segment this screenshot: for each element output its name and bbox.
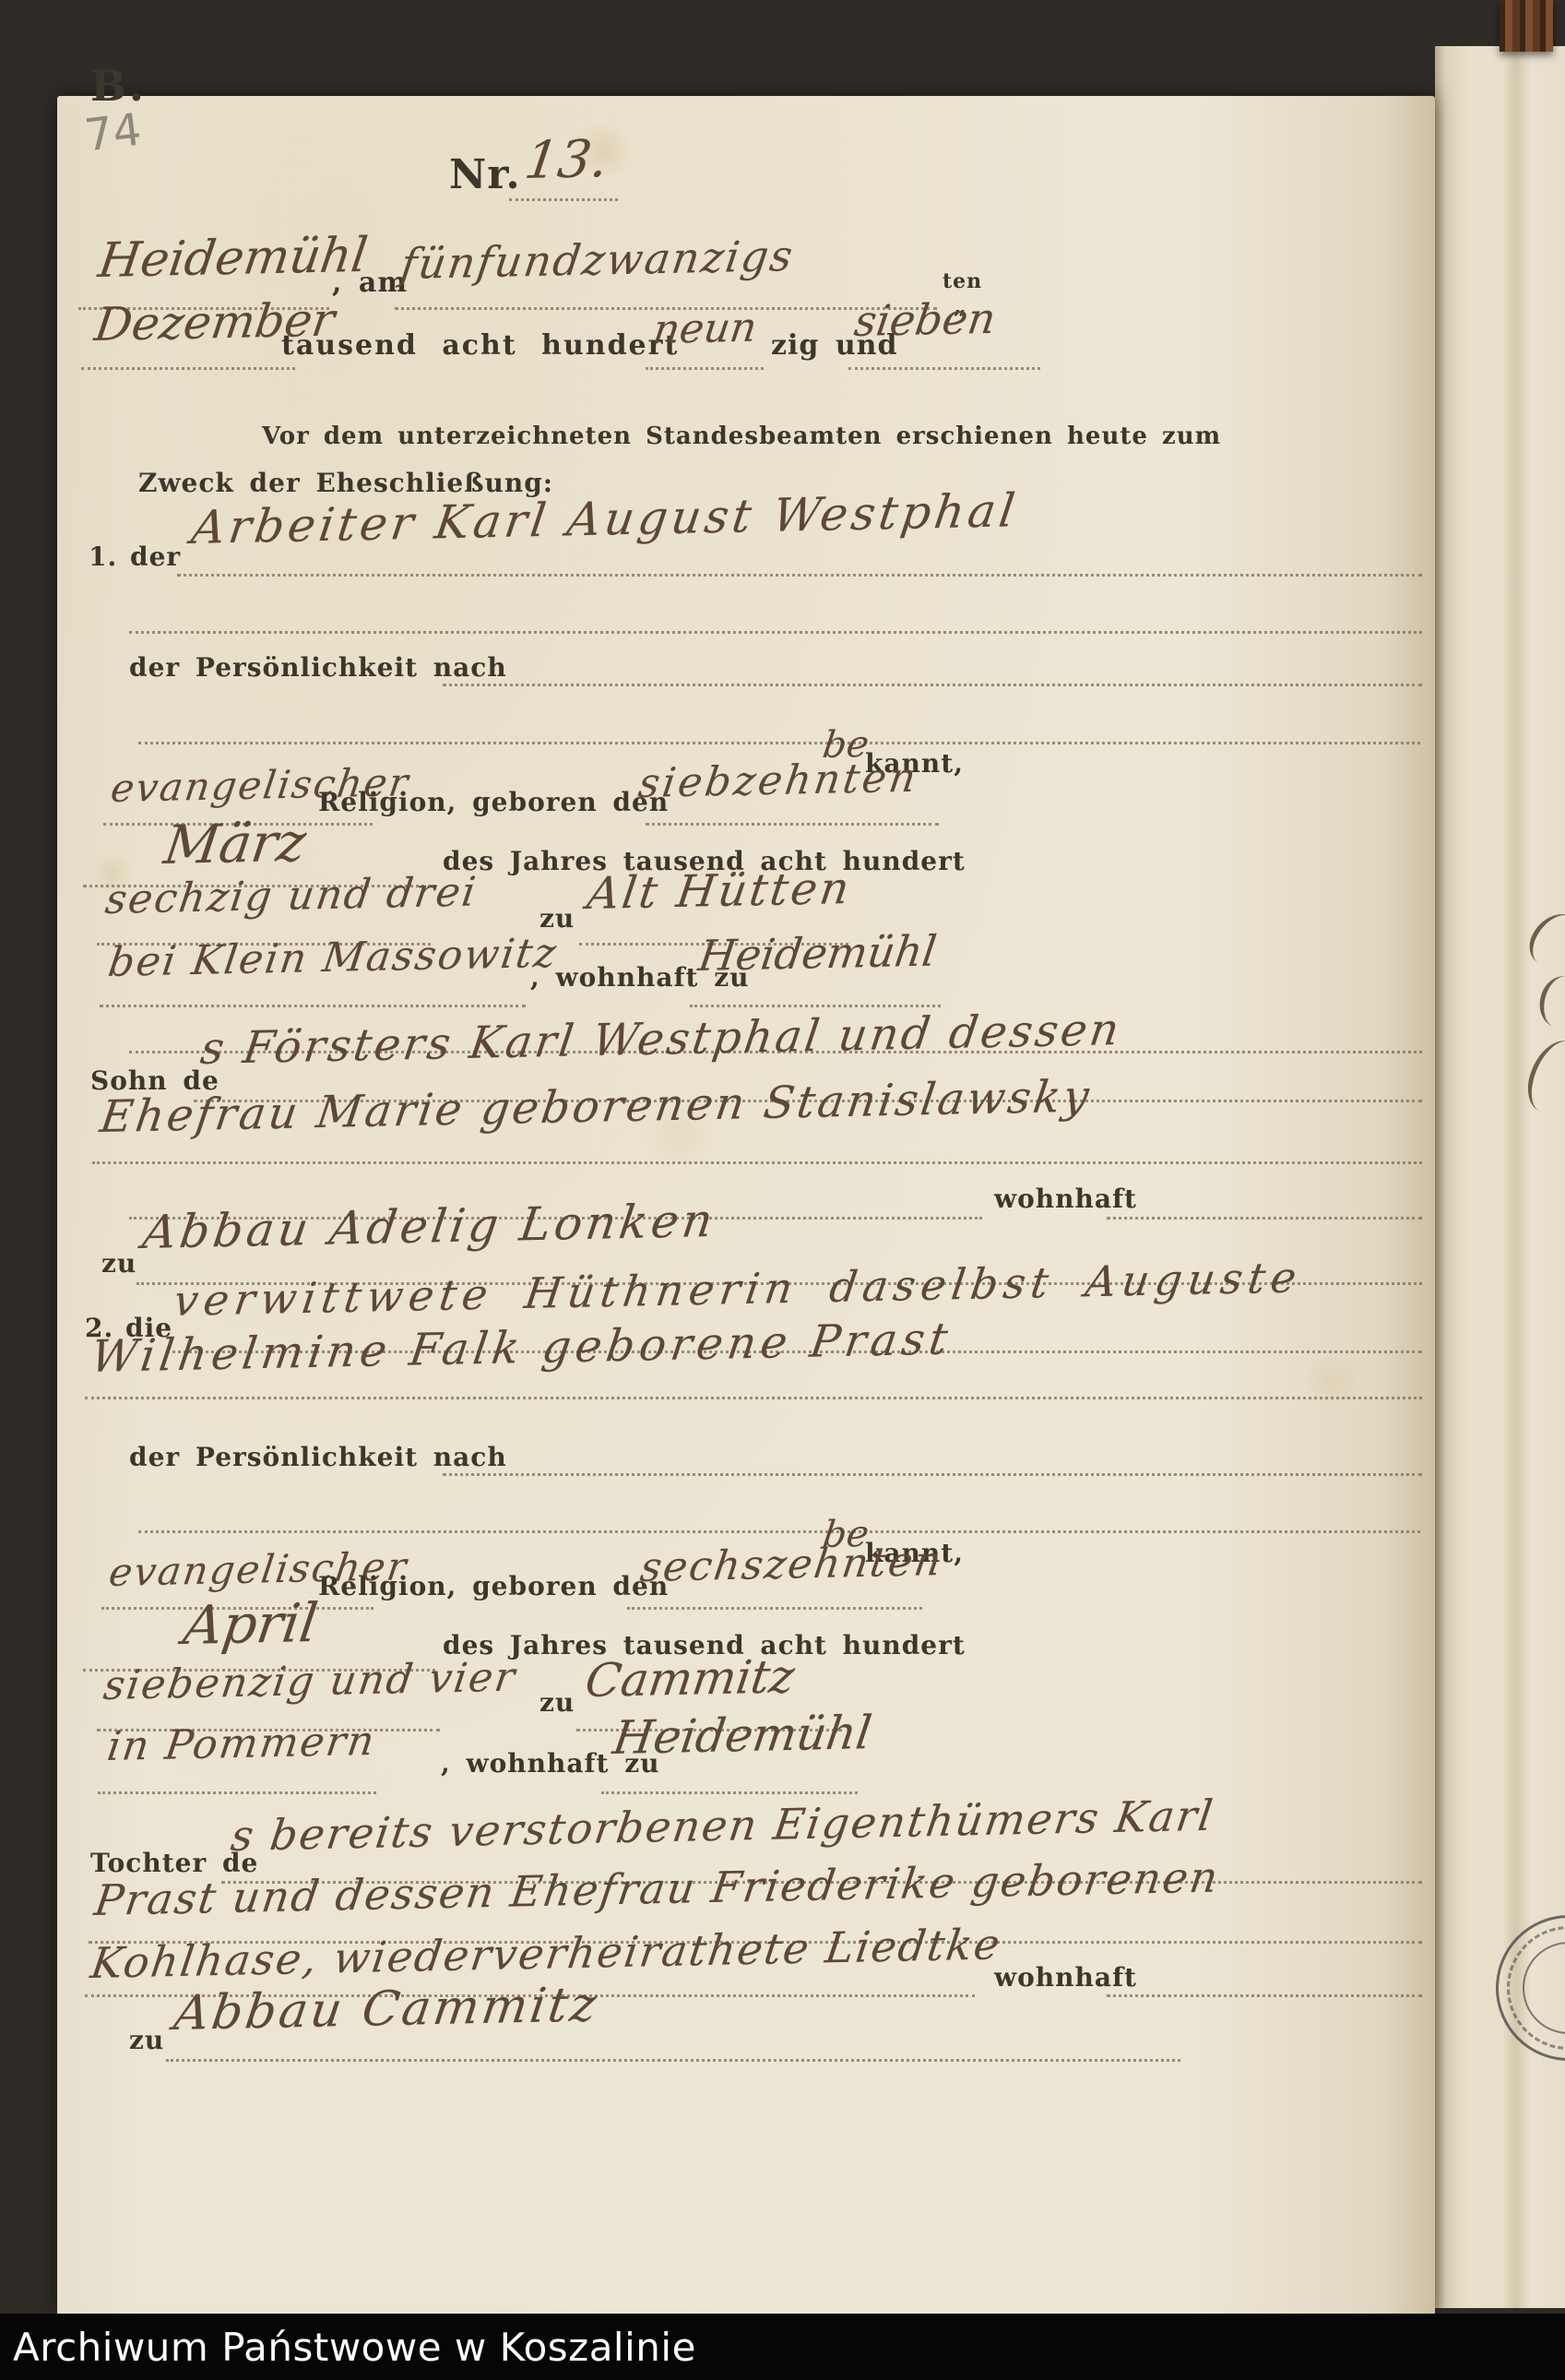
dotted-rule xyxy=(443,682,1422,686)
bride-parents-residence-handwritten: Abbau Cammitz xyxy=(172,1983,601,2035)
dotted-rule xyxy=(690,1003,941,1007)
groom-wohnhaft-printed: wohnhaft xyxy=(994,1186,1137,1212)
year-tens-handwritten: neun xyxy=(651,310,759,349)
scanned-register-page: B. 74 Nr. 13. Heidemühl , am fünfundzwan… xyxy=(0,0,1565,2380)
groom-parents-residence-handwritten: Abbau Adelig Lonken xyxy=(140,1200,718,1254)
groom-religion-printed: Religion, geboren den xyxy=(318,790,669,815)
bride-zu-printed: zu xyxy=(539,1690,575,1716)
dotted-rule xyxy=(138,1529,1420,1533)
groom-article: der xyxy=(130,544,181,570)
bride-residence-handwritten: Heidemühl xyxy=(611,1712,874,1759)
dotted-rule xyxy=(509,196,618,201)
groom-index: 1. xyxy=(89,544,117,570)
groom-birth-day-handwritten: siebzehnten xyxy=(636,760,920,803)
dotted-rule xyxy=(166,2057,1180,2062)
groom-birth-year-handwritten: sechzig und drei xyxy=(103,875,480,919)
dotted-rule xyxy=(177,572,1422,577)
dotted-rule xyxy=(646,821,939,826)
bride-birth-place-handwritten: Cammitz xyxy=(583,1656,797,1702)
dotted-rule xyxy=(85,1395,1422,1399)
dotted-rule xyxy=(1107,1993,1422,1997)
archive-name: Archiwum Państwowe w Koszalinie xyxy=(13,2325,696,2370)
groom-birth-place2-handwritten: bei Klein Massowitz xyxy=(106,935,560,982)
dotted-rule xyxy=(81,365,295,370)
record-number-label: Nr. xyxy=(449,155,521,196)
groom-zu2-printed: zu xyxy=(101,1251,136,1277)
groom-residence-handwritten: Heidemühl xyxy=(696,933,939,976)
bride-religion-printed: Religion, geboren den xyxy=(318,1574,669,1600)
dotted-rule xyxy=(848,365,1040,370)
dotted-rule xyxy=(443,1471,1422,1476)
dotted-rule xyxy=(1107,1215,1422,1220)
printed-year-prefix: tausend acht hundert xyxy=(281,332,679,360)
registration-day-handwritten: fünfundzwanzigs xyxy=(398,237,797,283)
bride-birth-month-handwritten: April xyxy=(181,1599,320,1649)
archive-footer-bar: Archiwum Państwowe w Koszalinie xyxy=(0,2314,1565,2380)
paper-stain xyxy=(1302,1354,1361,1408)
bride-zu2-printed: zu xyxy=(129,2028,164,2053)
dotted-rule xyxy=(92,1160,1422,1164)
dotted-rule xyxy=(98,1790,376,1794)
year-ones-handwritten: sieben xyxy=(852,300,998,341)
groom-zu-printed: zu xyxy=(539,906,575,932)
dotted-rule xyxy=(601,1790,858,1794)
dotted-rule xyxy=(138,740,1420,744)
registration-place-handwritten: Heidemühl xyxy=(96,234,370,283)
dotted-rule xyxy=(129,629,1422,634)
groom-birth-month-handwritten: März xyxy=(161,818,309,869)
record-number-value-handwritten: 13. xyxy=(522,137,611,184)
dotted-rule xyxy=(627,1605,922,1610)
bride-birth-place2-handwritten: in Pommern xyxy=(105,1723,378,1766)
archival-pencil-number: 74 xyxy=(82,107,143,158)
dotted-rule xyxy=(100,1003,526,1007)
intro-line-2: Zweck der Eheschließung: xyxy=(138,470,553,496)
groom-identity-printed: der Persönlichkeit nach xyxy=(129,655,507,681)
groom-birth-place-handwritten: Alt Hütten xyxy=(585,869,854,914)
intro-line-1: Vor dem unterzeichneten Standesbeamten e… xyxy=(262,424,1221,448)
printed-ten-suffix: ten xyxy=(943,271,982,292)
bride-birth-day-handwritten: sechszehnten xyxy=(638,1543,945,1586)
printed-am: , am xyxy=(332,269,408,297)
book-binding-tape xyxy=(1500,0,1553,52)
bride-wohnhaft-printed: wohnhaft xyxy=(994,1965,1137,1991)
bride-birth-year-handwritten: siebenzig und vier xyxy=(101,1660,518,1705)
bride-identity-printed: der Persönlichkeit nach xyxy=(129,1445,507,1470)
dotted-rule xyxy=(646,365,764,370)
form-series-label: B. xyxy=(90,65,147,107)
